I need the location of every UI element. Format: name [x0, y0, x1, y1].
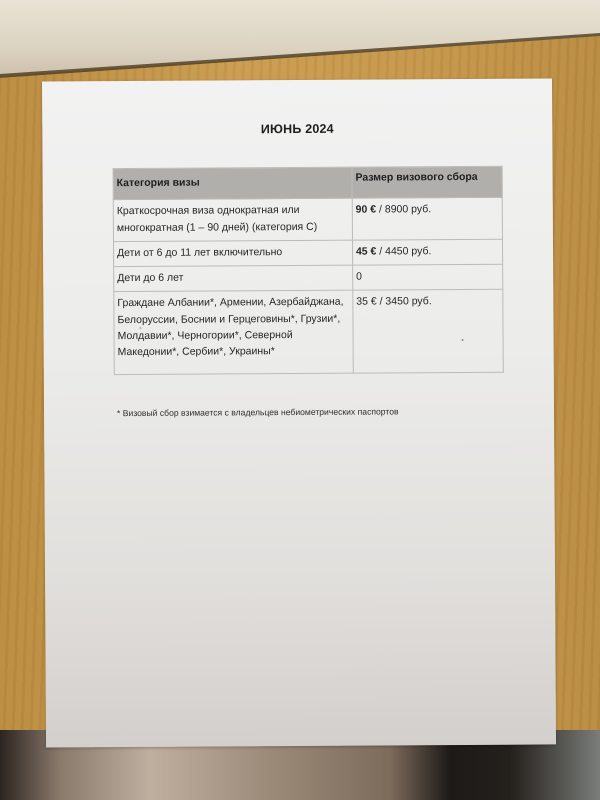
- document-title: ИЮНЬ 2024: [42, 120, 552, 137]
- row-category: Граждане Албании*, Армении, Азербайджана…: [114, 290, 353, 375]
- fee-rub: / 3450 руб.: [377, 296, 432, 308]
- paper-speck: [462, 339, 464, 341]
- table-row: Дети от 6 до 11 лет включительно 45 € / …: [113, 239, 502, 267]
- header-visa-category: Категория визы: [113, 167, 352, 200]
- row-category: Дети до 6 лет: [114, 265, 353, 292]
- fee-rub: / 8900 руб.: [376, 203, 431, 215]
- fee-eur: 0: [356, 271, 362, 283]
- fee-rub: / 4450 руб.: [376, 245, 431, 257]
- row-fee: 90 € / 8900 руб.: [352, 198, 502, 240]
- row-category: Краткосрочная виза однократная или много…: [113, 198, 352, 241]
- footnote: * Визовый сбор взимается с владельцев не…: [117, 406, 399, 418]
- visa-fee-table: Категория визы Размер визового сбора Кра…: [113, 166, 504, 376]
- table-row: Дети до 6 лет 0: [114, 264, 503, 292]
- row-fee: 0: [353, 264, 503, 290]
- header-visa-fee: Размер визового сбора: [352, 166, 502, 198]
- table-row: Граждане Албании*, Армении, Азербайджана…: [114, 290, 504, 375]
- row-fee: 45 € / 4450 руб.: [352, 239, 502, 265]
- row-fee: 35 € / 3450 руб.: [353, 290, 504, 374]
- table-row: Краткосрочная виза однократная или много…: [113, 198, 502, 242]
- fee-eur: 35 €: [356, 296, 377, 308]
- paper-speck: [140, 327, 142, 329]
- printed-sheet: ИЮНЬ 2024 Категория визы Размер визового…: [42, 78, 556, 747]
- fee-eur: 45 €: [356, 245, 377, 257]
- fee-eur: 90 €: [356, 204, 377, 216]
- table-header-row: Категория визы Размер визового сбора: [113, 166, 502, 200]
- row-category: Дети от 6 до 11 лет включительно: [113, 240, 352, 267]
